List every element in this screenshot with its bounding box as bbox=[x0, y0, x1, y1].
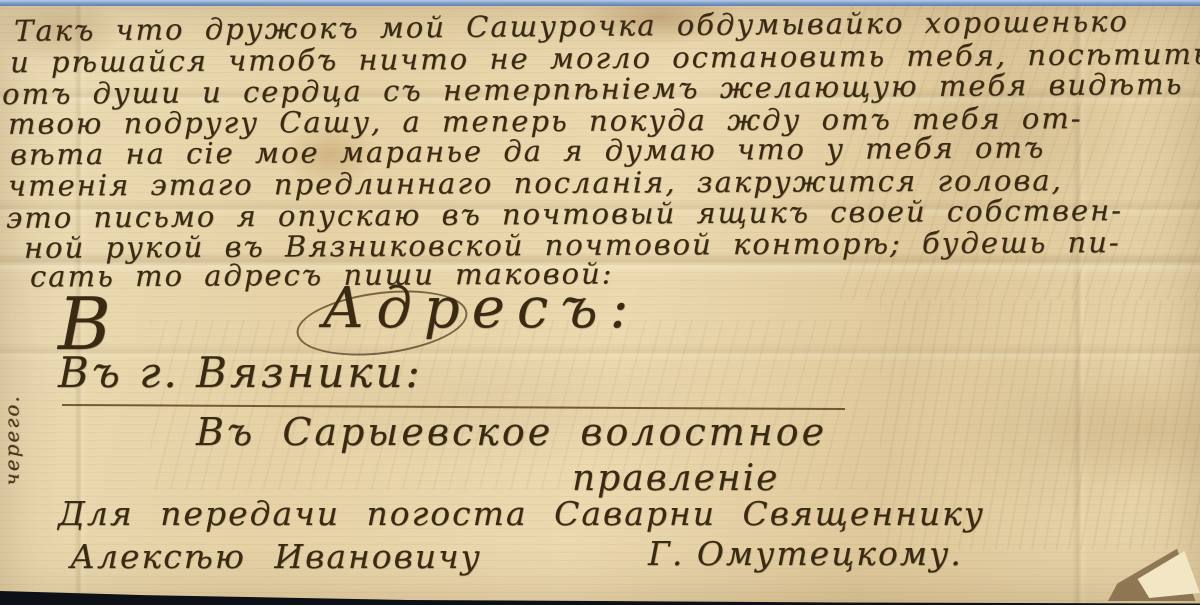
addressee-surname: Г. Омутецкому. bbox=[648, 534, 963, 573]
scan-bottom-edge-strip bbox=[0, 587, 1200, 605]
address-heading: Адресъ: bbox=[322, 276, 640, 341]
address-delivery-line: Для передачи погоста Саварни Священнику bbox=[58, 494, 985, 533]
address-city-line: Въ г. Вязники: bbox=[58, 348, 423, 397]
address-volost-line2: правленіе bbox=[572, 458, 779, 499]
address-volost-line: Въ Сарыевское волостное bbox=[196, 410, 827, 454]
letter-scan: Такъ что дружокъ мой Сашурочка обдумывай… bbox=[0, 0, 1200, 605]
scan-top-edge-strip bbox=[0, 0, 1200, 6]
addressee-name: Алексѣю Ивановичу bbox=[70, 537, 482, 576]
margin-note-vertical: черего. bbox=[0, 394, 24, 485]
